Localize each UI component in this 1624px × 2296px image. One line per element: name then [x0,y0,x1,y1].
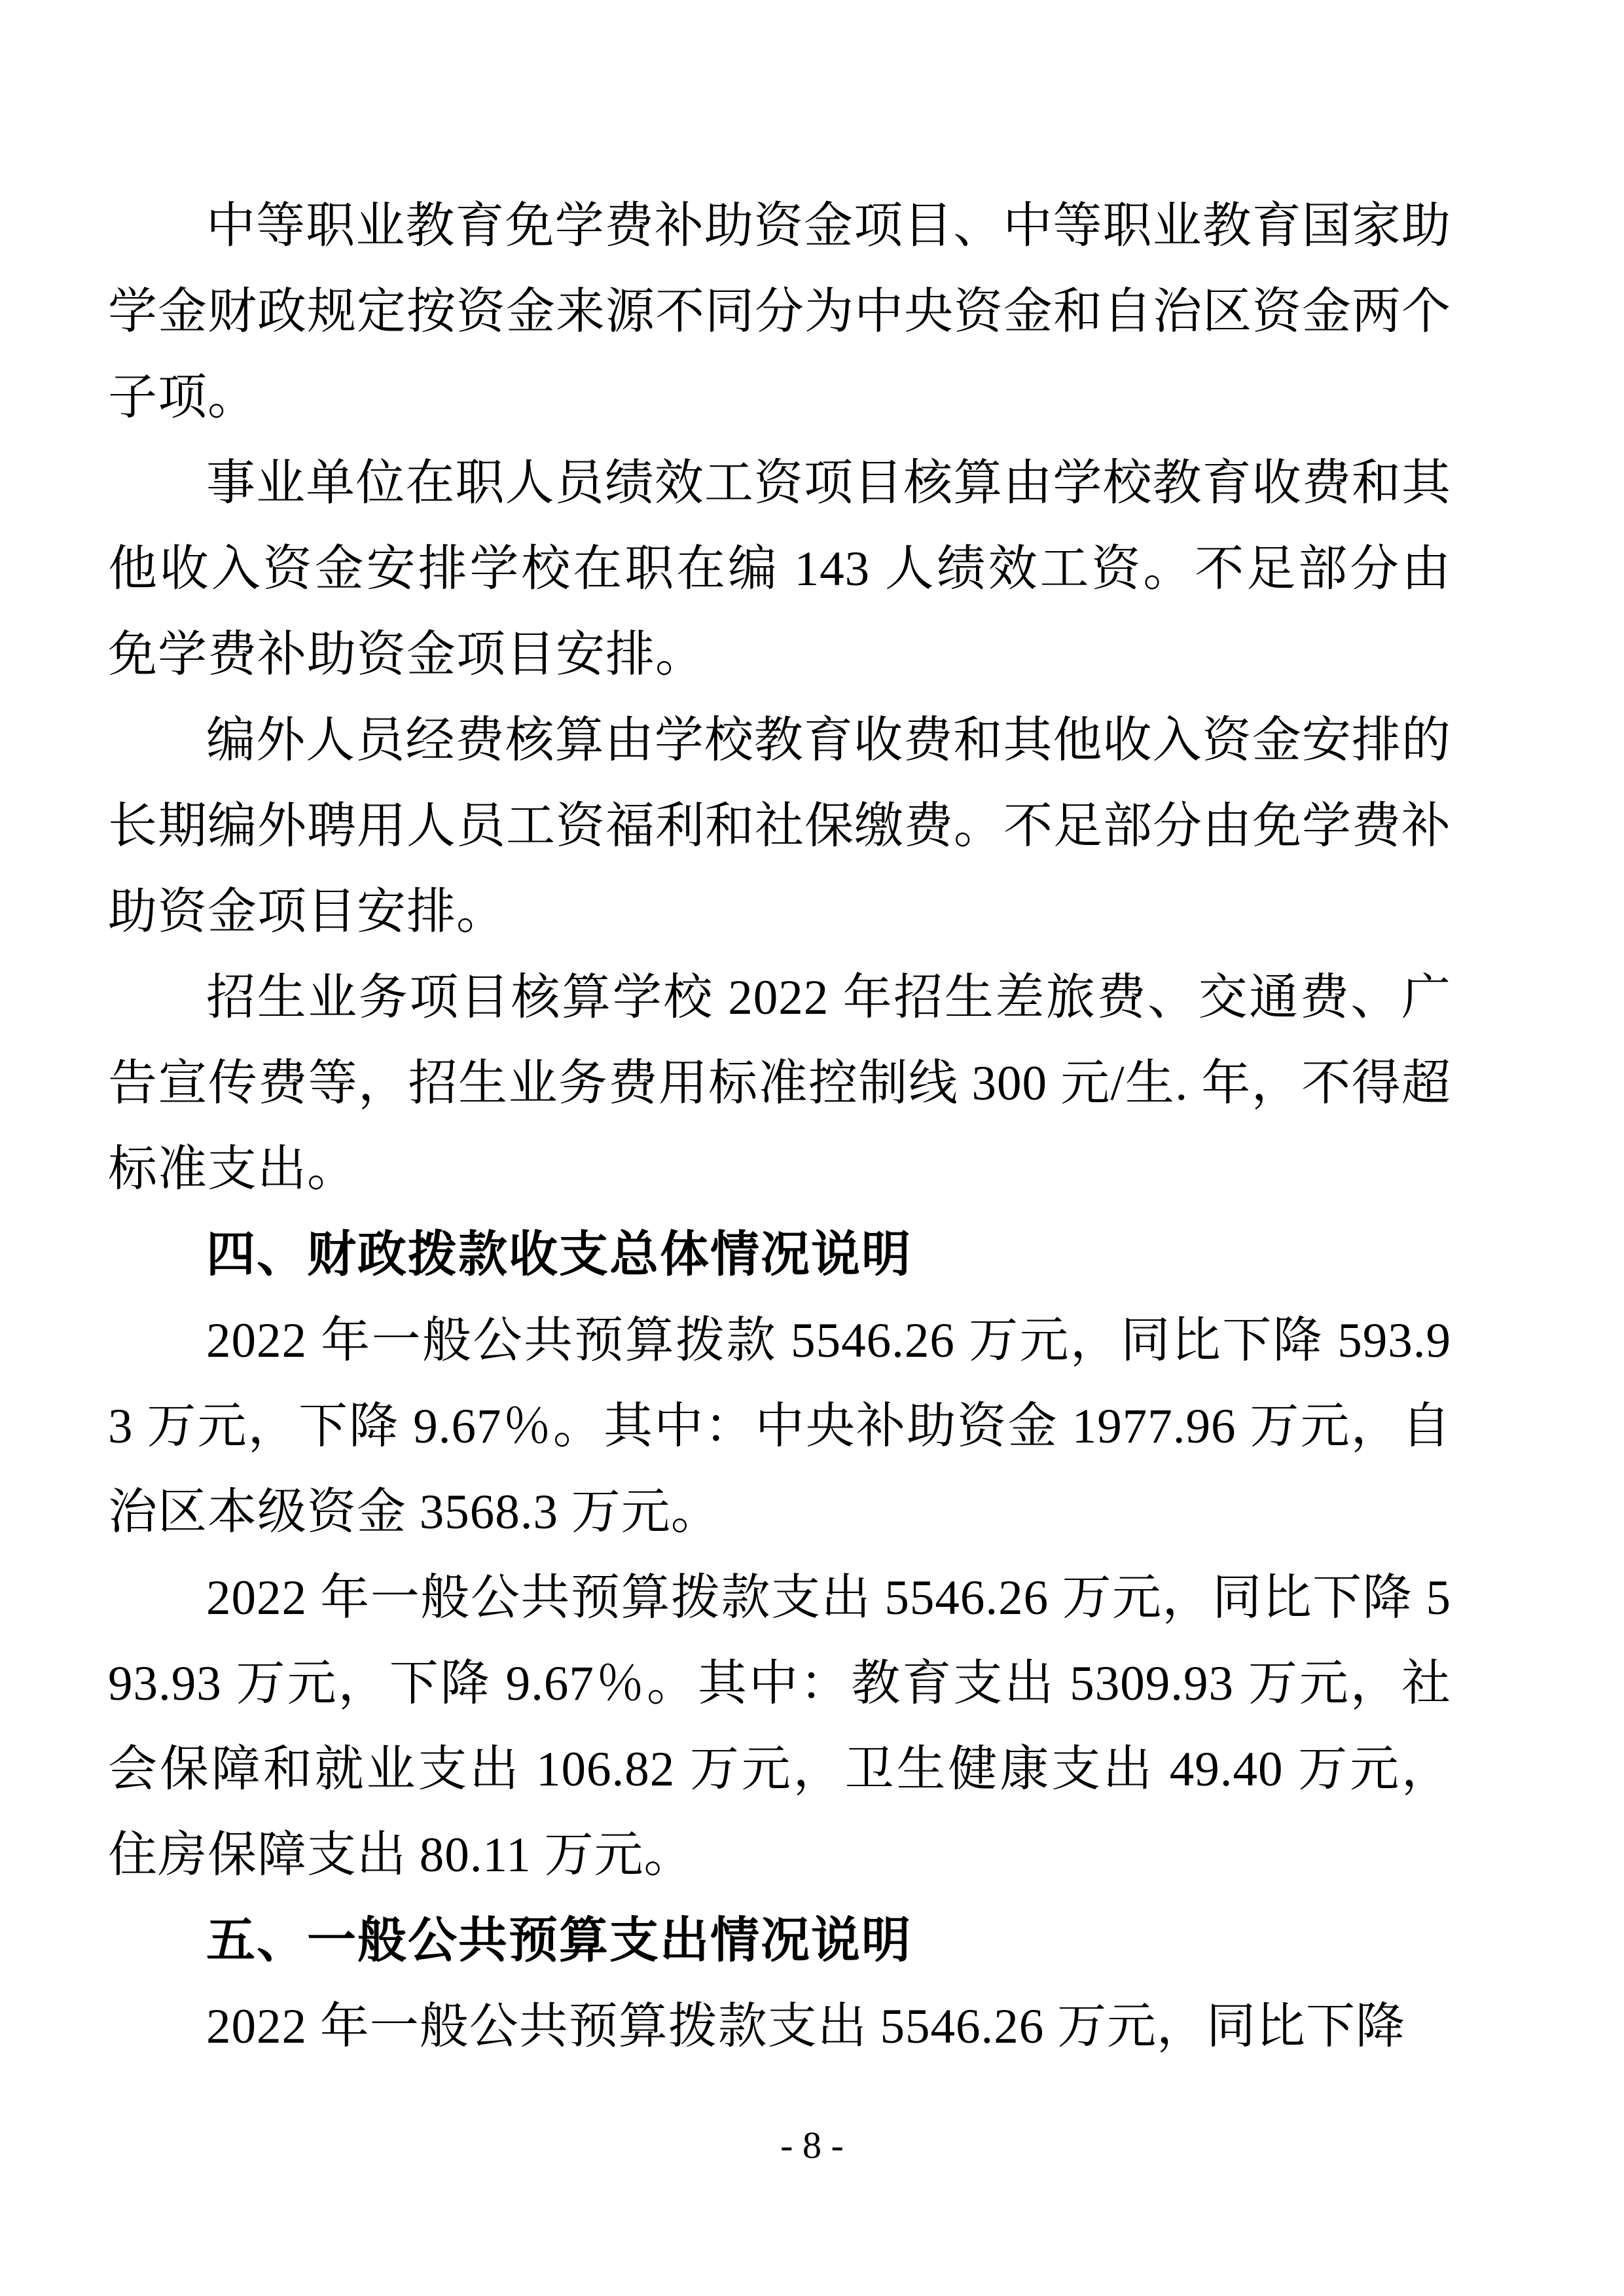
document-page: 中等职业教育免学费补助资金项目、中等职业教育国家助学金财政规定按资金来源不同分为… [0,0,1624,2296]
page-number: - 8 - [0,2119,1624,2172]
paragraph-budget-appropriation: 2022 年一般公共预算拨款 5546.26 万元，同比下降 593.93 万元… [108,1298,1451,1555]
paragraph-external-staff-funds: 编外人员经费核算由学校教育收费和其他收入资金安排的长期编外聘用人员工资福利和社保… [108,698,1451,955]
section-heading-5: 五、一般公共预算支出情况说明 [108,1898,1451,1984]
paragraph-staff-performance-pay: 事业单位在职人员绩效工资项目核算由学校教育收费和其他收入资金安排学校在职在编 1… [108,440,1451,698]
text-block: 中等职业教育免学费补助资金项目、中等职业教育国家助学金财政规定按资金来源不同分为… [108,183,1451,2070]
paragraph-funding-sources: 中等职业教育免学费补助资金项目、中等职业教育国家助学金财政规定按资金来源不同分为… [108,183,1451,440]
paragraph-enrollment-expenses: 招生业务项目核算学校 2022 年招生差旅费、交通费、广告宣传费等，招生业务费用… [108,955,1451,1212]
section-heading-4: 四、财政拨款收支总体情况说明 [108,1212,1451,1298]
paragraph-budget-expenditure-continued: 2022 年一般公共预算拨款支出 5546.26 万元，同比下降 [108,1984,1451,2070]
paragraph-budget-expenditure-breakdown: 2022 年一般公共预算拨款支出 5546.26 万元，同比下降 593.93 … [108,1555,1451,1898]
